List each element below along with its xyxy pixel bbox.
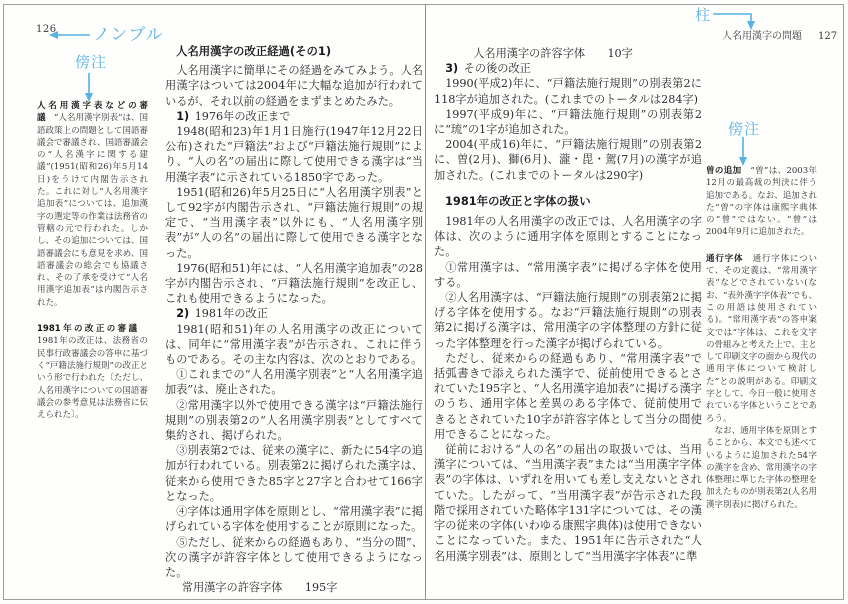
left-margin-notes: 人名用漢字表などの審議 “人名用漢字別表”は、国語政策上の問題として国語審議会で… [37, 100, 148, 435]
paragraph: 1981(昭和51)年の人名用漢字の改正については、同年に“常用漢字表”が告示さ… [165, 322, 423, 368]
paragraph: ただし、従来からの経過もあり、“常用漢字表”で括弧書きで添えられた漢字で、従前使… [434, 351, 702, 442]
margin-note-heading: 曽の追加 [706, 166, 742, 176]
margin-note-heading: 1981年の改正の審議 [37, 324, 139, 334]
numbered-item: 3) その後の改正 [434, 61, 702, 76]
hashira-arrow-down-icon [711, 9, 759, 33]
paragraph: 1990(平成2)年に、“戸籍法施行規則”の別表第2に118字が追加された。(こ… [434, 76, 702, 106]
annotation-bochu-right-label: 傍注 [728, 118, 760, 139]
section-heading: 1981年の改正と字体の扱い [445, 194, 702, 209]
paragraph: ①常用漢字は、“常用漢字表”に掲げる字体を使用する。 [434, 260, 702, 290]
left-main-column: 人名用漢字の改正経過(その1)人名用漢字に簡単にその経過をみてみよう。人名用漢字… [165, 44, 423, 595]
numbered-item: 1) 1976年の改正まで [165, 109, 423, 124]
paragraph: ⑤ただし、従来からの経過もあり、“当分の間”、次の漢字が許容字体として使用できる… [165, 535, 423, 581]
book-spread: 126 人名用漢字の問題127 ノンブル 傍注 柱 傍注 人名用漢字表などの審議… [0, 0, 848, 604]
paragraph: 1997(平成9)年に、“戸籍法施行規則”の別表第2に“琉”の1字が追加された。 [434, 107, 702, 137]
count-line: 人名用漢字の許容字体 10字 [434, 46, 702, 61]
right-main-column: 人名用漢字の許容字体 10字3) その後の改正1990(平成2)年に、“戸籍法施… [434, 46, 702, 564]
margin-note-heading: 人名用漢字表などの審議 [37, 101, 148, 123]
paragraph: ②人名用漢字は、“戸籍法施行規則”の別表第2に掲げる字体を使用する。なお“戸籍法… [434, 290, 702, 351]
page-gutter-line [425, 4, 426, 600]
margin-note-body: 人名用漢字表などの審議 “人名用漢字別表”は、国語政策上の問題として国語審議会で… [37, 100, 148, 309]
section-heading: 人名用漢字の改正経過(その1) [176, 44, 423, 59]
margin-note-body: 1981年の改正の審議 1981年の改正は、法務省の民事行政審議会の答申に基づく… [37, 323, 148, 421]
margin-note-heading: 通行字体 [706, 254, 743, 264]
margin-note: 曽の追加 “曽”は、2003年12月の最高裁の判決に伴う追加である。なお、追加さ… [706, 165, 817, 239]
page-number-right: 127 [818, 31, 837, 42]
count-line: 常用漢字の許容字体 195字 [165, 580, 423, 595]
paragraph: 人名用漢字に簡単にその経過をみてみよう。人名用漢字はついては2004年に大幅な追… [165, 63, 423, 109]
bochu-left-arrow-down-icon [83, 73, 95, 103]
right-margin-notes: 曽の追加 “曽”は、2003年12月の最高裁の判決に伴う追加である。なお、追加さ… [706, 165, 817, 525]
margin-note-body: 曽の追加 “曽”は、2003年12月の最高裁の判決に伴う追加である。なお、追加さ… [706, 165, 817, 239]
paragraph: ②常用漢字以外で使用できる漢字は“戸籍法施行規則”の別表第2の“人名用漢字別表”… [165, 398, 423, 444]
margin-note: 1981年の改正の審議 1981年の改正は、法務省の民事行政審議会の答申に基づく… [37, 323, 148, 421]
paragraph: 1981年の人名用漢字の改正では、人名用漢字の字体は、次のように通用字体を原則と… [434, 214, 702, 260]
annotation-nombre-label: ノンブル [93, 20, 164, 45]
bochu-right-arrow-down-icon [737, 137, 749, 167]
annotation-hashira-label: 柱 [695, 4, 711, 25]
margin-note: 人名用漢字表などの審議 “人名用漢字別表”は、国語政策上の問題として国語審議会で… [37, 100, 148, 309]
annotation-bochu-left-label: 傍注 [75, 51, 107, 72]
margin-note: 通行字体 通行字体について、その定義は、“常用漢字表”などでされていない(なお、… [706, 253, 817, 511]
paragraph: 1976(昭和51)年には、“人名用漢字追加表”の28字が内閣告示され、“戸籍法… [165, 261, 423, 307]
margin-note-body-cont: なお、通用字体を原則とすることから、本文でも述べているように追加された54字の漢… [706, 425, 817, 511]
numbered-item: 2) 1981年の改正 [165, 306, 423, 321]
paragraph: 1948(昭和23)年1月1日施行(1947年12月22日公布)された“戸籍法”… [165, 124, 423, 185]
margin-note-body: 通行字体 通行字体について、その定義は、“常用漢字表”などでされていない(なお、… [706, 253, 817, 425]
paragraph: 2004(平成16)年に、“戸籍法施行規則”の別表第2に、曽(2月)、獅(6月)… [434, 137, 702, 183]
nombre-arrow-left-icon [49, 29, 91, 41]
paragraph: 従前における“人の名”の届出の取扱いでは、当用漢字については、“当用漢字表”また… [434, 442, 702, 564]
paragraph: ③別表第2では、従来の漢字に、新たに54字の追加が行われている。別表第2に掲げら… [165, 443, 423, 504]
paragraph: ①これまでの“人名用漢字別表”と“人名用漢字追加表”は、廃止された。 [165, 367, 423, 397]
paragraph: ④字体は通用字体を原則とし、“常用漢字表”に掲げられている字体を使用することが原… [165, 504, 423, 534]
paragraph: 1951(昭和26)年5月25日に“人名用漢字別表”として92字が内閣告示され、… [165, 185, 423, 261]
